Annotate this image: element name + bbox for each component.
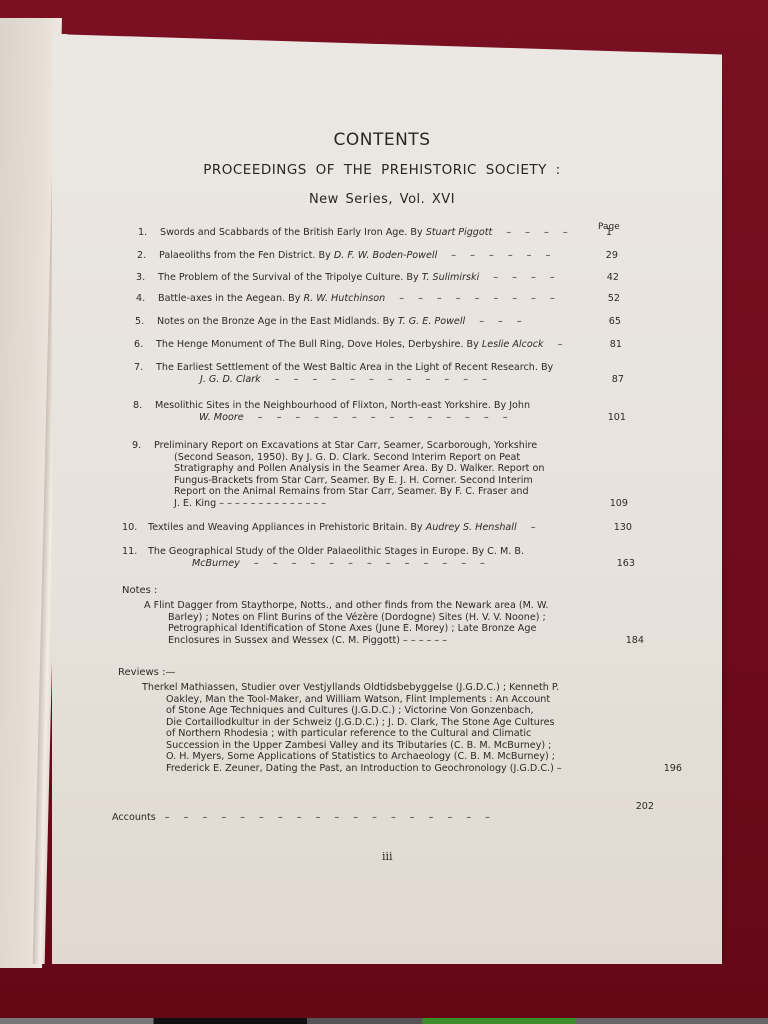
entry-line: Therkel Mathiassen, Studier over Vestjyl…: [142, 682, 559, 694]
entry-number: 8.: [133, 400, 142, 412]
entry-line: Oakley, Man the Tool-Maker, and William …: [166, 694, 550, 706]
dot-leader: – – – –: [492, 227, 567, 238]
entry-line: Succession in the Upper Zambesi Valley a…: [166, 740, 551, 752]
background-strip: [0, 1018, 768, 1024]
entry-author: T. G. E. Powell: [398, 316, 465, 327]
contents-page: CONTENTS PROCEEDINGS OF THE PREHISTORIC …: [52, 34, 722, 964]
entry-line: McBurney – – – – – – – – – – – – –: [192, 558, 485, 570]
accounts-page-number: 202: [624, 801, 654, 813]
entry-author: T. Sulimirski: [422, 272, 480, 283]
dot-leader: – – –: [465, 316, 522, 327]
entry-line: Preliminary Report on Excavations at Sta…: [154, 440, 537, 452]
entry-author: J. G. D. Clark: [200, 374, 261, 385]
entry-author: Stuart Piggott: [426, 227, 493, 238]
entry-number: 1.: [138, 227, 147, 239]
entry-title: Notes on the Bronze Age in the East Midl…: [157, 316, 522, 328]
entry-page-number: 101: [586, 412, 626, 424]
entry-page-number: 52: [580, 293, 620, 305]
entry-author: McBurney: [192, 558, 240, 569]
entry-line: A Flint Dagger from Staythorpe, Notts., …: [144, 600, 548, 612]
entry-line: W. Moore – – – – – – – – – – – – – –: [199, 412, 508, 424]
entry-title: The Problem of the Survival of the Tripo…: [158, 272, 555, 284]
entry-title: Palaeoliths from the Fen District. By D.…: [159, 250, 550, 262]
dot-leader: –: [517, 522, 536, 533]
entry-author: D. F. W. Boden-Powell: [334, 250, 437, 261]
dot-leader: –: [544, 339, 563, 350]
entry-page-number: 184: [614, 635, 644, 647]
entry-title: Swords and Scabbards of the British Earl…: [160, 227, 568, 239]
dot-leader: – – – – – –: [437, 250, 550, 261]
entry-line: J. E. King – – – – – – – – – – – – – –: [174, 498, 326, 510]
entry-line: Report on the Animal Remains from Star C…: [174, 486, 529, 498]
entry-line: of Stone Age Techniques and Cultures (J.…: [166, 705, 534, 717]
entry-page-number: 130: [592, 522, 632, 534]
page-title: CONTENTS: [52, 130, 712, 150]
series-volume: New Series, Vol. XVI: [52, 192, 712, 207]
entry-line: of Northern Rhodesia ; with particular r…: [166, 728, 531, 740]
entry-author: R. W. Hutchinson: [303, 293, 385, 304]
entry-line: Enclosures in Sussex and Wessex (C. M. P…: [168, 635, 447, 647]
entry-title: The Henge Monument of The Bull Ring, Dov…: [156, 339, 562, 351]
entry-number: 2.: [137, 250, 146, 262]
entry-line: Petrographical Identification of Stone A…: [168, 623, 536, 635]
entry-line: J. G. D. Clark – – – – – – – – – – – –: [200, 374, 487, 386]
entry-line: Frederick E. Zeuner, Dating the Past, an…: [166, 763, 562, 775]
entry-number: 9.: [132, 440, 141, 452]
dot-leader: – – – – – – – – – – – – – –: [244, 412, 508, 423]
reviews-label: Reviews :—: [118, 667, 175, 678]
entry-line: Die Cortaillodkultur in der Schweiz (J.G…: [166, 717, 554, 729]
entry-page-number: 1: [572, 227, 612, 239]
dot-leader: – – – – – – – – – – – – – – – – – –: [165, 812, 490, 823]
entry-line: Barley) ; Notes on Flint Burins of the V…: [168, 612, 546, 624]
entry-author: W. Moore: [199, 412, 244, 423]
entry-line: The Earliest Settlement of the West Balt…: [156, 362, 553, 374]
entry-number: 5.: [135, 316, 144, 328]
notes-label: Notes :: [122, 585, 157, 596]
folio-number: iii: [382, 850, 393, 863]
dot-leader: – – – – – – – – – – – –: [261, 374, 487, 385]
dot-leader: – – – –: [479, 272, 554, 283]
entry-page-number: 196: [652, 763, 682, 775]
entry-line: Fungus-Brackets from Star Carr, Seamer. …: [174, 475, 533, 487]
entry-line: Mesolithic Sites in the Neighbourhood of…: [155, 400, 530, 412]
accounts-label: Accounts: [112, 812, 156, 823]
entry-author: Audrey S. Henshall: [426, 522, 517, 533]
entry-page-number: 87: [584, 374, 624, 386]
entry-page-number: 42: [579, 272, 619, 284]
entry-line: The Geographical Study of the Older Pala…: [148, 546, 524, 558]
entry-number: 6.: [134, 339, 143, 351]
entry-title: Battle-axes in the Aegean. By R. W. Hutc…: [158, 293, 555, 305]
entry-page-number: 81: [582, 339, 622, 351]
entry-line: (Second Season, 1950). By J. G. D. Clark…: [174, 452, 520, 464]
entry-line: O. H. Myers, Some Applications of Statis…: [166, 751, 555, 763]
entry-line: Stratigraphy and Pollen Analysis in the …: [174, 463, 544, 475]
entry-page-number: 163: [595, 558, 635, 570]
entry-page-number: 29: [578, 250, 618, 262]
entry-number: 11.: [122, 546, 137, 558]
entry-title: Textiles and Weaving Appliances in Prehi…: [148, 522, 536, 534]
entry-author: Leslie Alcock: [482, 339, 544, 350]
entry-number: 3.: [136, 272, 145, 284]
entry-number: 7.: [134, 362, 143, 374]
entry-number: 4.: [136, 293, 145, 305]
dot-leader: – – – – – – – – –: [385, 293, 555, 304]
publication-title: PROCEEDINGS OF THE PREHISTORIC SOCIETY :: [52, 162, 712, 178]
entry-number: 10.: [122, 522, 137, 534]
entry-page-number: 65: [581, 316, 621, 328]
entry-page-number: 109: [588, 498, 628, 510]
dot-leader: – – – – – – – – – – – – –: [240, 558, 485, 569]
accounts-entry: Accounts – – – – – – – – – – – – – – – –…: [112, 812, 490, 824]
